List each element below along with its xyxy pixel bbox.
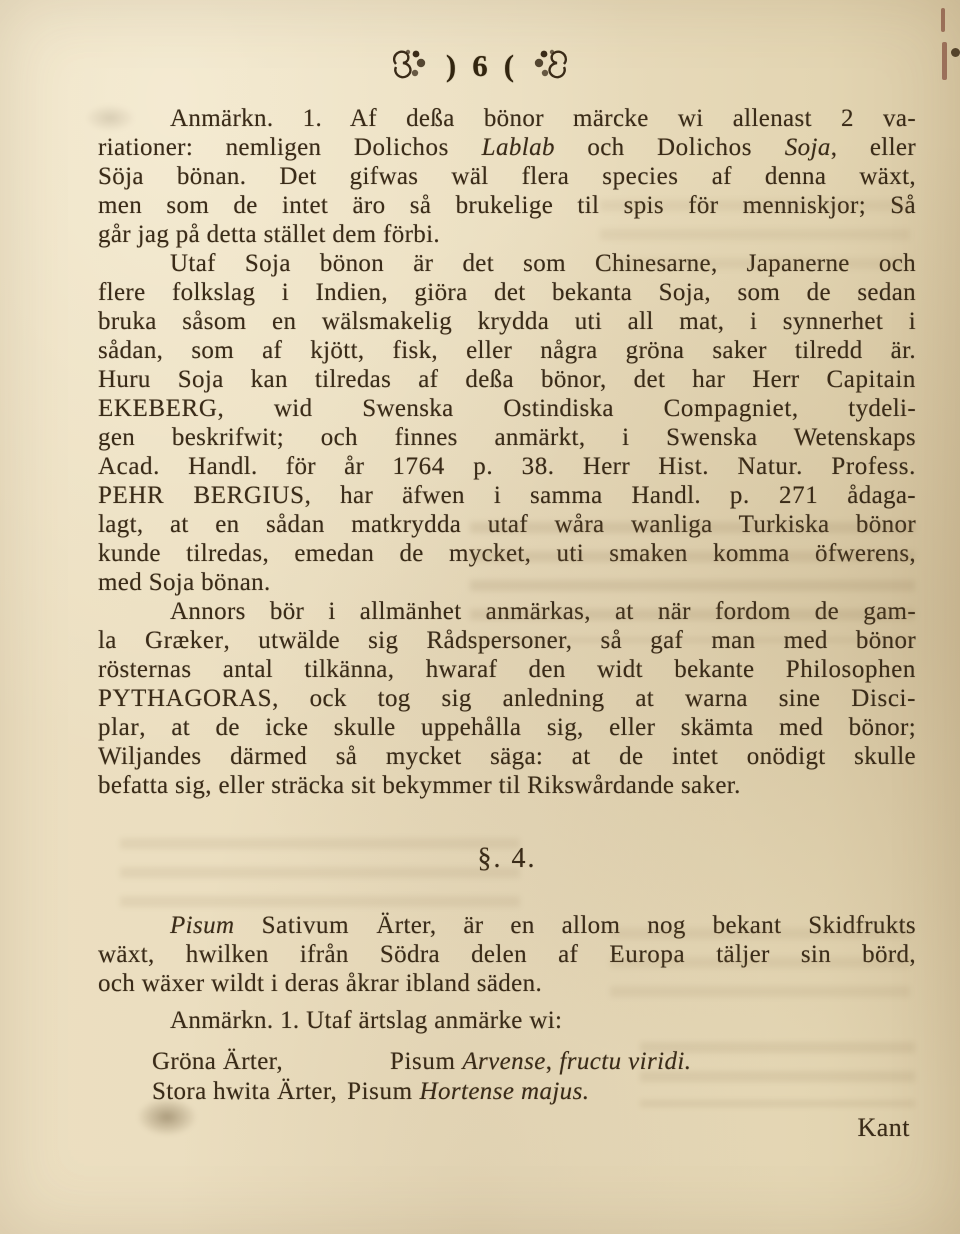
text-segment: Herr — [555, 453, 659, 480]
text-segment: bruka såsom en wälsmakelig krydda uti al… — [98, 308, 916, 335]
text-segment: Sativum — [235, 912, 377, 939]
text-line: Anmärkn. 1. Af deßa bönor märcke wi alle… — [98, 104, 916, 133]
text-segment: wäxt, hwilken ifrån Södra delen af — [98, 941, 609, 968]
species-row: Gröna Ärter,Pisum Arvense, fructu viridi… — [98, 1047, 916, 1077]
text-line: sådan, som af kjött, fisk, eller några g… — [98, 336, 916, 365]
text-segment: fructu viridi. — [559, 1048, 691, 1075]
text-segment: Soja — [785, 134, 831, 161]
text-segment: la — [98, 627, 145, 654]
text-line: flere folkslag i Indien, giöra det bekan… — [98, 278, 916, 307]
text-line: Wiljandes därmed så mycket säga: at de i… — [98, 742, 916, 771]
species-latin: Pisum Arvense, fructu viridi. — [390, 1048, 691, 1075]
text-segment: täljer sin börd, — [685, 941, 916, 968]
text-segment: plar — [98, 714, 139, 741]
text-line: gen beskrifwit; och finnes anmärkt, i Sw… — [98, 423, 916, 452]
paragraph: Annors bör i allmänhet anmärkas, at när … — [98, 597, 916, 800]
text-line: riationer: nemligen Dolichos Lablab och … — [98, 133, 916, 162]
text-segment: , at de icke skulle uppehålla sig, eller… — [139, 714, 916, 741]
paragraph: Pisum Sativum Ärter, är en allom nog bek… — [98, 911, 916, 998]
text-segment: 1764 p. 38. — [392, 453, 554, 480]
text-line: plar, at de icke skulle uppehålla sig, e… — [98, 713, 916, 742]
text-segment: Anmärkn. 1. Utaf ärtslag anmärke wi: — [170, 1007, 562, 1034]
text-line: kunde tilredas, emedan de mycket, uti sm… — [98, 539, 916, 568]
text-segment: af denna wäxt, — [679, 163, 916, 190]
text-segment: Dolichos — [354, 134, 482, 161]
text-segment: p. 271 — [730, 482, 818, 509]
text-segment: ådaga- — [818, 482, 916, 509]
red-edge-mark — [941, 8, 945, 32]
text-segment: Hist. Natur. Profess. — [658, 453, 916, 480]
text-line: går jag på detta stället dem förbi. — [98, 220, 916, 249]
text-line: wäxt, hwilken ifrån Södra delen af Europ… — [98, 940, 916, 969]
text-segment: Anmärkn. 1. Af deßa bönor märcke wi alle… — [170, 105, 916, 132]
body-paragraphs: Anmärkn. 1. Af deßa bönor märcke wi alle… — [98, 104, 916, 800]
text-line: Utaf Soja bönon är det som Chinesarne, J… — [98, 249, 916, 278]
text-segment: Annors bör i allmänhet anmärkas, at när … — [170, 598, 916, 625]
text-segment: Capitain — [826, 366, 916, 393]
text-line: med Soja bönan. — [98, 568, 916, 597]
text-segment: PYTHAGORAS — [98, 685, 272, 712]
text-segment: med Soja bönan. — [98, 569, 271, 596]
text-segment: Pisum — [347, 1078, 419, 1105]
text-line: PYTHAGORAS, ock tog sig anledning at war… — [98, 684, 916, 713]
text-line: bruka såsom en wälsmakelig krydda uti al… — [98, 307, 916, 336]
species-row: Stora hwita Ärter,Pisum Hortense majus. — [98, 1077, 916, 1107]
text-segment: Disci- — [851, 685, 916, 712]
text-segment: Utaf Soja bönon är det som Chinesarne, J… — [170, 250, 916, 277]
text-line: Acad. Handl. för år 1764 p. 38. Herr His… — [98, 452, 916, 481]
body-paragraphs: Pisum Sativum Ärter, är en allom nog bek… — [98, 911, 916, 998]
text-line: EKEBERG, wid Swenska Ostindiska Compagni… — [98, 394, 916, 423]
text-segment: riationer: nemligen — [98, 134, 354, 161]
text-segment: Pisum — [170, 912, 235, 939]
text-line: la Græker, utwälde sig Rådspersoner, så … — [98, 626, 916, 655]
text-line: men som de intet äro så brukelige til sp… — [98, 191, 916, 220]
red-edge-mark — [942, 42, 947, 80]
species-name: Stora hwita Ärter, — [152, 1077, 337, 1107]
paragraph: Anmärkn. 1. Af deßa bönor märcke wi alle… — [98, 104, 916, 249]
section-heading: §. 4. — [98, 844, 916, 873]
text-segment: , wid Swenska Ostindiska — [217, 395, 663, 422]
text-segment: , har äfwen i samma Handl. — [305, 482, 730, 509]
text-segment: Huru Soja kan tilredas af deßa bönor, de… — [98, 366, 826, 393]
text-segment: , ock tog sig anledning at warna sine — [272, 685, 851, 712]
page-number: 6 — [472, 48, 488, 84]
text-segment: Philosophen — [786, 656, 916, 683]
text-segment: befatta sig, eller sträcka sit bekymmer … — [98, 772, 741, 799]
close-paren: ( — [504, 48, 514, 84]
text-segment: går jag på detta stället dem förbi. — [98, 221, 440, 248]
text-line: Söja bönan. Det gifwas wäl flera species… — [98, 162, 916, 191]
text-segment: Acad. — [98, 453, 160, 480]
text-line: Pisum Sativum Ärter, är en allom nog bek… — [98, 911, 916, 940]
floral-ornament-icon — [530, 46, 572, 87]
text-segment: Handl. för år — [160, 453, 392, 480]
text-line: rösternas antal tilkänna, hwaraf den wid… — [98, 655, 916, 684]
text-segment: , tydeli- — [792, 395, 916, 422]
text-segment: , utwälde sig Rådspersoner, så gaf man m… — [224, 627, 917, 654]
text-segment: Græker — [145, 627, 224, 654]
text-block: Anmärkn. 1. Af deßa bönor märcke wi alle… — [98, 104, 916, 1142]
species-list: Gröna Ärter,Pisum Arvense, fructu viridi… — [98, 1047, 916, 1107]
species-latin: Pisum Hortense majus. — [347, 1078, 589, 1105]
text-segment: Wiljandes därmed så mycket säga: at de i… — [98, 743, 916, 770]
text-segment: och wäxer wildt i deras åkrar ibland säd… — [98, 970, 542, 997]
text-line: lagt, at en sådan matkrydda utaf wåra wa… — [98, 510, 916, 539]
text-segment: rösternas antal tilkänna, hwaraf den wid… — [98, 656, 786, 683]
text-segment: Hortense majus. — [419, 1078, 589, 1105]
remark-line: Anmärkn. 1. Utaf ärtslag anmärke wi: — [98, 1006, 916, 1035]
page-header: ) 6 ( — [0, 38, 960, 94]
text-segment: Pisum — [390, 1048, 462, 1075]
text-segment: Ärter, är en allom nog bekant Skidfrukts — [376, 912, 916, 939]
text-segment: Arvense — [462, 1048, 545, 1075]
open-paren: ) — [446, 48, 456, 84]
text-segment: lagt, at en sådan matkrydda utaf wåra wa… — [98, 511, 916, 538]
text-segment: EKEBERG — [98, 395, 217, 422]
text-line: och wäxer wildt i deras åkrar ibland säd… — [98, 969, 916, 998]
paragraph: Utaf Soja bönon är det som Chinesarne, J… — [98, 249, 916, 597]
text-segment: kunde tilredas, emedan de mycket, uti sm… — [98, 540, 916, 567]
text-segment: species — [602, 163, 678, 190]
text-segment: gen beskrifwit; och finnes anmärkt, i Sw… — [98, 424, 916, 451]
text-segment: Lablab — [482, 134, 555, 161]
text-line: PEHR BERGIUS, har äfwen i samma Handl. p… — [98, 481, 916, 510]
text-segment: men som de intet äro så brukelige til sp… — [98, 192, 916, 219]
text-segment: och — [555, 134, 657, 161]
text-segment: flere folkslag i Indien, giöra det bekan… — [98, 279, 916, 306]
text-segment: Dolichos — [657, 134, 785, 161]
text-segment: , — [546, 1048, 560, 1075]
text-segment: Compagniet — [664, 395, 792, 422]
text-line: befatta sig, eller sträcka sit bekymmer … — [98, 771, 916, 800]
text-line: Annors bör i allmänhet anmärkas, at när … — [98, 597, 916, 626]
text-segment: PEHR BERGIUS — [98, 482, 305, 509]
text-line: Anmärkn. 1. Utaf ärtslag anmärke wi: — [98, 1006, 916, 1035]
book-page: ) 6 ( Anmärkn. 1. Af deßa bönor märcke w… — [0, 0, 960, 1234]
floral-ornament-icon — [388, 46, 430, 87]
species-name: Gröna Ärter, — [152, 1047, 390, 1077]
text-segment: sådan, som af kjött, fisk, eller några g… — [98, 337, 916, 364]
text-segment: Europa — [609, 941, 685, 968]
ink-spot — [951, 48, 960, 57]
catchword: Kant — [98, 1113, 916, 1142]
text-line: Huru Soja kan tilredas af deßa bönor, de… — [98, 365, 916, 394]
text-segment: , eller — [831, 134, 916, 161]
text-segment: Söja bönan. Det gifwas wäl flera — [98, 163, 602, 190]
